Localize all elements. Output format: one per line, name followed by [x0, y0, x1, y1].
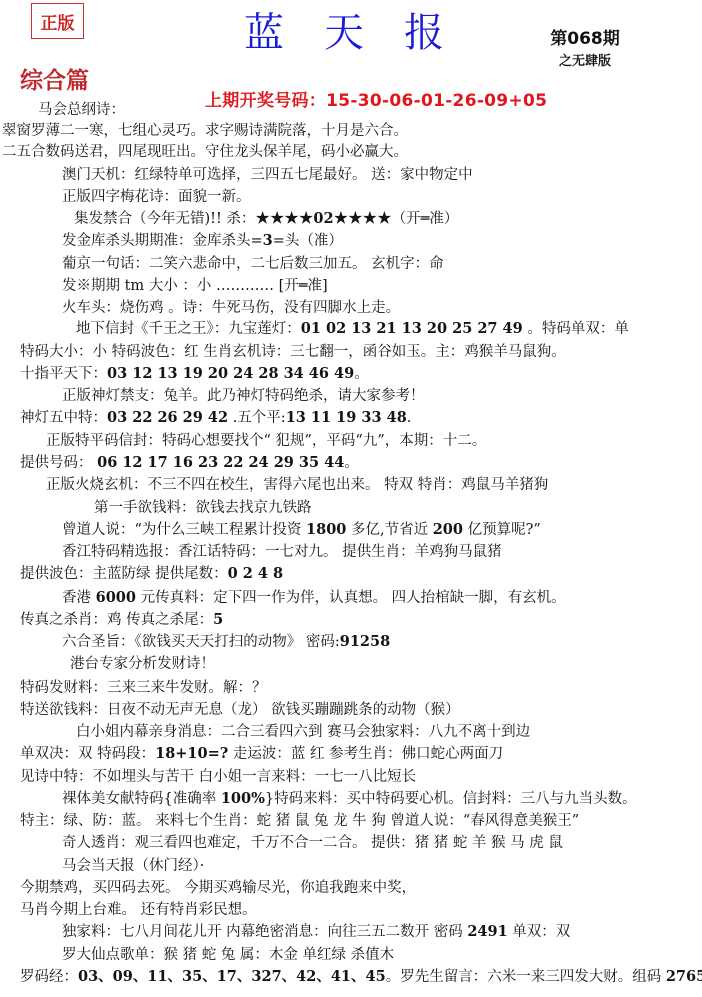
section-title: 综合篇	[20, 62, 89, 95]
text-line: 正版神灯禁支：兔羊。此乃神灯特码绝杀，请大家参考！	[62, 386, 425, 406]
official-edition-badge: 正版	[31, 3, 84, 39]
text-line: 罗码经：03、09、11、35、17、327、42、41、45。罗先生留言：六米…	[20, 967, 702, 987]
text-line: 奇人透肖：观三看四也难定，千万不合一二合。 提供：猪 猪 蛇 羊 猴 马 虎 鼠	[62, 833, 563, 853]
text-line: 今期禁鸡，买四码去死。 今期买鸡输尽光，你追我跑来中奖，	[20, 878, 416, 898]
text-line: 正版特平码信封：特码心想要找个“ 犯规”，平码“九”，本期：十二。	[46, 431, 486, 451]
title-char: 蓝	[244, 1, 284, 58]
last-draw-numbers: 15-30-06-01-26-09+05	[326, 91, 547, 111]
text-line: 神灯五中特：03 22 26 29 42 .五个平:13 11 19 33 48…	[20, 408, 411, 428]
text-line: 提供号码： 06 12 17 16 23 22 24 29 35 44。	[20, 453, 359, 473]
last-draw-result: 上期开奖号码：15-30-06-01-26-09+05	[205, 86, 547, 111]
text-line: 马会当天报（休门经）·	[62, 856, 204, 876]
issue-info: 第068期 之无肆版	[540, 24, 630, 69]
text-line: 白小姐内幕亲身消息：二合三看四六到 赛马会独家料：八九不离十到边	[76, 722, 530, 742]
text-line: 正版火烧玄机：不三不四在校生，害得六尾也出来。 特双 特肖：鸡鼠马羊猪狗	[46, 475, 548, 495]
text-line: 罗大仙点歌单：猴 猪 蛇 兔 属：木金 单红绿 杀值木	[62, 945, 394, 965]
text-line: 集发禁合（今年无错)!! 杀：★★★★02★★★★（开═准）	[74, 209, 458, 229]
text-line: 曾道人说：“为什么三峡工程累计投资 1800 多亿,节省近 200 亿预算呢?”	[62, 520, 541, 540]
text-line: 马会总纲诗：	[38, 100, 125, 120]
last-draw-label: 上期开奖号码：	[205, 91, 326, 111]
text-line: 第一手欲钱料：欲钱去找京九铁路	[94, 498, 312, 518]
text-line: 见诗中特：不如埋头与苦干 白小姐一言来料：一七一八比短长	[20, 767, 416, 787]
text-line: 六合圣旨：《欲钱买天天打扫的动物》 密码:91258	[62, 632, 390, 652]
text-line: 单双决：双 特码段：18+10=? 走运波：蓝 红 参考生肖：佛口蛇心两面刀	[20, 744, 503, 764]
text-line: 特码发财料：三来三来牛发财。解：？	[20, 678, 267, 698]
text-line: 裸体美女献特码{准确率 100%}特码来料：买中特码要心机。信封料：三八与九当头…	[62, 789, 637, 809]
text-line: 特送欲钱料：日夜不动无声无息（龙） 欲钱买蹦蹦跳条的动物（猴）	[20, 700, 460, 720]
text-line: 火车头：烧伤鸡 。诗：牛死马伤，没有四脚水上走。	[62, 298, 400, 318]
text-line: 特主：绿、防：蓝。 来料七个生肖：蛇 猪 鼠 兔 龙 牛 狗 曾道人说：“春风得…	[20, 811, 579, 831]
newspaper-title: 蓝 天 报	[244, 2, 444, 56]
text-line: 香江特码精选报：香江话特码：一七对九。 提供生肖：羊鸡狗马鼠猪	[62, 542, 502, 562]
issue-number: 第068期	[540, 24, 630, 49]
text-line: 葡京一句话：二笑六悲命中，二七后数三加五。 玄机字：命	[62, 254, 444, 274]
text-line: 二五合数码送君，四尾现旺出。守住龙头保羊尾，码小必赢大。	[2, 142, 408, 162]
text-line: 独家料：七八月间花儿开 内幕绝密消息：向往三五二数开 密码 2491 单双：双	[62, 922, 570, 942]
text-line: 十指平天下：03 12 13 19 20 24 28 34 46 49。	[20, 364, 369, 384]
text-line: 地下信封《千王之王》：九宝莲灯：01 02 13 21 13 20 25 27 …	[76, 319, 629, 339]
text-line: 翠窗罗薄二一寒，七组心灵巧。求字赐诗满院落，十月是六合。	[2, 121, 408, 141]
text-line: 发※期期 tm 大小 ：小 ………… [开═准]	[62, 276, 328, 296]
text-line: 澳门天机：红绿特单可选择，三四五七尾最好。 送：家中物定中	[62, 165, 473, 185]
text-line: 马肖今期上台难。 还有特肖彩民想。	[20, 900, 257, 920]
text-line: 特码大小：小 特码波色：红 生肖玄机诗：三七翻一，函谷如玉。主：鸡猴羊马鼠狗。	[20, 342, 566, 362]
text-line: 传真之杀肖：鸡 传真之杀尾：5	[20, 610, 223, 630]
text-line: 提供波色：主蓝防绿 提供尾数：0 2 4 8	[20, 564, 283, 584]
title-char: 天	[324, 1, 364, 58]
title-char: 报	[404, 1, 444, 58]
text-line: 港台专家分析发财诗！	[70, 654, 215, 674]
issue-subtitle: 之无肆版	[540, 50, 630, 69]
text-line: 发金库杀头期期准：金库杀头=3=头（准）	[62, 231, 343, 251]
text-line: 正版四字梅花诗：面貌一新。	[62, 187, 251, 207]
text-line: 香港 6000 元传真料：定下四一作为伴，认真想。 四人抬棺缺一脚，有玄机。	[62, 588, 566, 608]
